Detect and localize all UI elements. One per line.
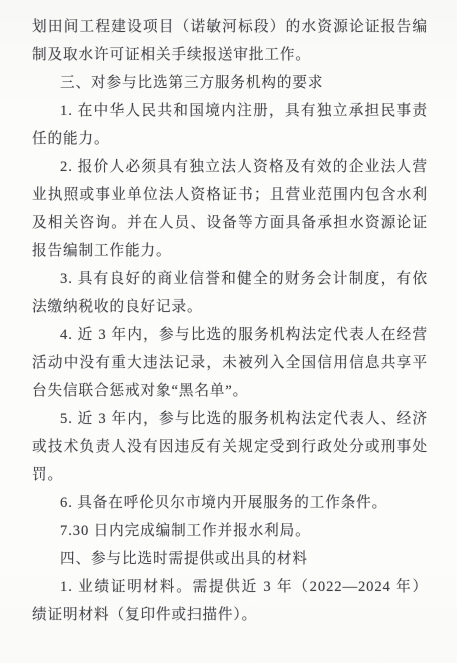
document-page: 划田间工程建设项目（诺敏河标段）的水资源论证报告编制及取水许可证相关手续报送审批… (0, 0, 457, 663)
paragraph: 划田间工程建设项目（诺敏河标段）的水资源论证报告编制及取水许可证相关手续报送审批… (32, 13, 428, 69)
text-line: 或技术负责人没有因违反有关规定受到行政处分或刑事处 (32, 433, 428, 461)
paragraph: 4. 近 3 年内，参与比选的服务机构法定代表人在经营活动中没有重大违法记录，未… (32, 321, 428, 405)
heading-line: 三、对参与比选第三方服务机构的要求 (32, 69, 428, 97)
paragraph: 1. 在中华人民共和国境内注册，具有独立承担民事责任的能力。 (32, 97, 428, 153)
text-line: 活动中没有重大违法记录，未被列入全国信用信息共享平 (32, 349, 428, 377)
text-line: 6. 具备在呼伦贝尔市境内开展服务的工作条件。 (32, 489, 428, 517)
text-line: 4. 近 3 年内，参与比选的服务机构法定代表人在经营 (32, 321, 428, 349)
text-line: 绩证明材料（复印件或扫描件）。 (32, 601, 428, 629)
text-line: 任的能力。 (32, 125, 428, 153)
text-line: 划田间工程建设项目（诺敏河标段）的水资源论证报告编 (32, 13, 428, 41)
section-heading: 四、参与比选时需提供或出具的材料 (32, 545, 428, 573)
text-line: 制及取水许可证相关手续报送审批工作。 (32, 41, 428, 69)
text-line: 2. 报价人必须具有独立法人资格及有效的企业法人营 (32, 153, 428, 181)
text-line: 法缴纳税收的良好记录。 (32, 293, 428, 321)
text-line: 1. 业绩证明材料。需提供近 3 年（2022—2024 年）业 (32, 573, 428, 601)
text-line: 业执照或事业单位法人资格证书；且营业范围内包含水利 (32, 181, 428, 209)
paragraph: 1. 业绩证明材料。需提供近 3 年（2022—2024 年）业绩证明材料（复印… (32, 573, 428, 629)
heading-line: 四、参与比选时需提供或出具的材料 (32, 545, 428, 573)
paragraph: 2. 报价人必须具有独立法人资格及有效的企业法人营业执照或事业单位法人资格证书；… (32, 153, 428, 265)
section-heading: 三、对参与比选第三方服务机构的要求 (32, 69, 428, 97)
paragraph: 6. 具备在呼伦贝尔市境内开展服务的工作条件。 (32, 489, 428, 517)
text-line: 报告编制工作能力。 (32, 237, 428, 265)
text-line: 3. 具有良好的商业信誉和健全的财务会计制度，有依 (32, 265, 428, 293)
text-line: 5. 近 3 年内，参与比选的服务机构法定代表人、经济 (32, 405, 428, 433)
paragraph: 3. 具有良好的商业信誉和健全的财务会计制度，有依法缴纳税收的良好记录。 (32, 265, 428, 321)
text-line: 罚。 (32, 461, 428, 489)
text-line: 7.30 日内完成编制工作并报水利局。 (32, 517, 428, 545)
paragraph: 5. 近 3 年内，参与比选的服务机构法定代表人、经济或技术负责人没有因违反有关… (32, 405, 428, 489)
text-line: 1. 在中华人民共和国境内注册，具有独立承担民事责 (32, 97, 428, 125)
text-line: 台失信联合惩戒对象“黑名单”。 (32, 377, 428, 405)
document-text-block: 划田间工程建设项目（诺敏河标段）的水资源论证报告编制及取水许可证相关手续报送审批… (32, 13, 428, 629)
text-line: 及相关咨询。并在人员、设备等方面具备承担水资源论证 (32, 209, 428, 237)
paragraph: 7.30 日内完成编制工作并报水利局。 (32, 517, 428, 545)
